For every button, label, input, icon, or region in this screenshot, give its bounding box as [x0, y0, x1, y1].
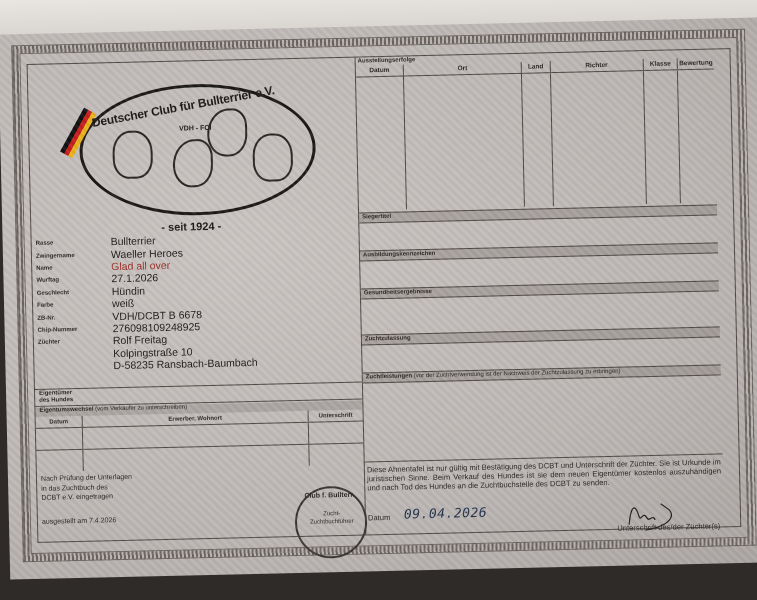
field-value: Kolpingstraße 10 — [113, 346, 193, 360]
section-title: Zuchtleistungen (vor der Zuchtverwendung… — [363, 364, 721, 383]
field-label: Farbe — [33, 301, 112, 309]
club-since: - seit 1924 - — [161, 221, 221, 234]
issued-date: ausgestellt am 7.4.2026 — [42, 517, 116, 526]
field-label: Rasse — [32, 239, 111, 247]
column-header: Land — [521, 61, 550, 73]
dog-field: Wurftag27.1.2026 — [32, 268, 359, 288]
dog-field: D-58235 Ransbach-Baumbach — [34, 354, 361, 374]
dog-field: ZwingernameWaeller Heroes — [32, 243, 359, 263]
owner-label-2: des Hundes — [39, 391, 358, 405]
stamp-inner: Zucht- Zuchtbuchführer — [310, 510, 354, 527]
stamp-inner-bottom: Zuchtbuchführer — [310, 518, 354, 527]
left-column: Deutscher Club für Bullterrier e.V. VDH … — [28, 58, 367, 542]
ownership-change-note: (vom Verkäufer zu unterschreiben) — [95, 404, 187, 412]
field-label — [34, 354, 113, 356]
show-results-table: Datum Ort Land Richter Klasse Bewertung — [356, 57, 717, 210]
dog-field: ZB-Nr.VDH/DCBT B 6678 — [33, 305, 360, 325]
owner-field: Eigentümer des Hundes — [35, 382, 362, 407]
section-siegertitel: Siegertitel — [359, 204, 717, 223]
section-note: (vor der Zuchtverwendung ist der Nachwei… — [414, 369, 621, 380]
field-label: Chip-Nummer — [34, 326, 113, 334]
section-zuchtzulassung: Zuchtzulassung — [362, 326, 720, 345]
field-value: Hündin — [112, 285, 146, 298]
field-label — [34, 366, 113, 368]
field-label: ZB-Nr. — [33, 314, 112, 322]
club-name: Deutscher Club für Bullterrier e.V. — [91, 83, 276, 130]
show-results-title: Ausstellungserfolge — [356, 49, 714, 65]
field-value: 276098109248925 — [112, 321, 200, 335]
club-affiliation: VDH - FCI — [179, 125, 211, 133]
ownership-change-heading: Eigentumswechsel — [39, 407, 93, 414]
dog-details: RasseBullterrierZwingernameWaeller Heroe… — [32, 231, 362, 375]
club-stamp: Club f. Bullterr. Zucht- Zuchtbuchführer — [294, 485, 368, 559]
registry-note: Nach Prüfung der Unterlagen in das Zucht… — [41, 473, 133, 504]
ownership-change-title: Eigentumswechsel (vom Verkäufer zu unter… — [35, 401, 362, 417]
field-value: VDH/DCBT B 6678 — [112, 309, 202, 323]
registry-line: in das Zuchtbuch des — [41, 482, 132, 494]
column-header: Klasse — [643, 58, 678, 70]
ornamental-border — [12, 30, 755, 561]
section-title: Zuchtzulassung — [362, 326, 720, 345]
section-zuchtleistungen: Zuchtleistungen (vor der Zuchtverwendung… — [363, 364, 721, 383]
dog-field: GeschlechtHündin — [33, 280, 360, 300]
club-logo — [78, 82, 317, 218]
field-label: Geschlecht — [33, 289, 112, 297]
stamp-inner-top: Zucht- — [310, 510, 354, 519]
field-label: Zwingername — [32, 252, 111, 260]
breeder-signature — [625, 495, 686, 534]
german-flag-icon — [60, 108, 96, 159]
column-header: Datum — [36, 416, 83, 429]
section-title: Ausbildungskennzeichen — [360, 242, 718, 261]
registry-line: Nach Prüfung der Unterlagen — [41, 473, 132, 485]
date-label: Datum — [368, 513, 391, 523]
field-value: Rolf Freitag — [113, 334, 168, 347]
field-value: Bullterrier — [111, 235, 156, 248]
owner-label: Eigentümer — [39, 384, 358, 398]
field-value: weiß — [112, 298, 134, 310]
dog-field: NameGlad all over — [32, 255, 359, 275]
table-row — [356, 69, 717, 211]
dog-head-icon — [112, 130, 153, 179]
column-header: Richter — [550, 59, 643, 73]
dog-field: Kolpingstraße 10 — [34, 342, 361, 362]
table-row — [36, 443, 363, 472]
field-label: Wurftag — [32, 277, 111, 285]
bullterrier-head-icon — [207, 108, 248, 157]
stamp-ring-text: Club f. Bullterr. — [304, 492, 354, 500]
column-header: Erwerber, Wohnort — [82, 411, 308, 428]
field-value: 27.1.2026 — [111, 272, 158, 285]
field-value: Waeller Heroes — [111, 247, 183, 261]
date-handwritten: 09.04.2026 — [404, 506, 488, 523]
dog-field: RasseBullterrier — [32, 231, 359, 251]
dog-field: ZüchterRolf Freitag — [34, 330, 361, 350]
ownership-change-table: Datum Erwerber, Wohnort Unterschrift — [36, 410, 364, 472]
signature-label: Unterschrift des/der Züchter(s) — [617, 521, 720, 532]
section-gesundheitsergebnisse: Gesundheitsergebnisse — [361, 280, 719, 299]
column-header: Datum — [356, 64, 404, 77]
field-label: Name — [32, 264, 111, 272]
form-frame: Deutscher Club für Bullterrier e.V. VDH … — [27, 48, 742, 543]
field-label: Züchter — [34, 338, 113, 346]
dog-head-icon — [252, 133, 293, 182]
field-value: D-58235 Ransbach-Baumbach — [113, 357, 257, 372]
table-row — [36, 421, 363, 450]
section-ausbildungskennzeichen: Ausbildungskennzeichen — [360, 242, 718, 261]
validity-notice: Diese Ahnentafel ist nur gültig mit Best… — [367, 457, 722, 493]
field-value: Glad all over — [111, 260, 170, 273]
section-title-text: Zuchtleistungen — [366, 373, 412, 380]
bullterrier-head-icon — [172, 139, 213, 188]
registry-line: DCBT e.V. eingetragen — [41, 492, 132, 504]
dog-field: Farbeweiß — [33, 292, 360, 312]
divider — [365, 453, 723, 462]
column-header: Bewertung — [678, 57, 714, 69]
right-column: Ausstellungserfolge Datum Ort Land Richt… — [356, 49, 741, 534]
section-title: Gesundheitsergebnisse — [361, 280, 719, 299]
dog-field: Chip-Nummer276098109248925 — [34, 317, 361, 337]
pedigree-document: Deutscher Club für Bullterrier e.V. VDH … — [0, 17, 757, 579]
column-header: Ort — [403, 62, 521, 76]
section-title: Siegertitel — [359, 204, 717, 223]
column-header: Unterschrift — [308, 410, 363, 423]
